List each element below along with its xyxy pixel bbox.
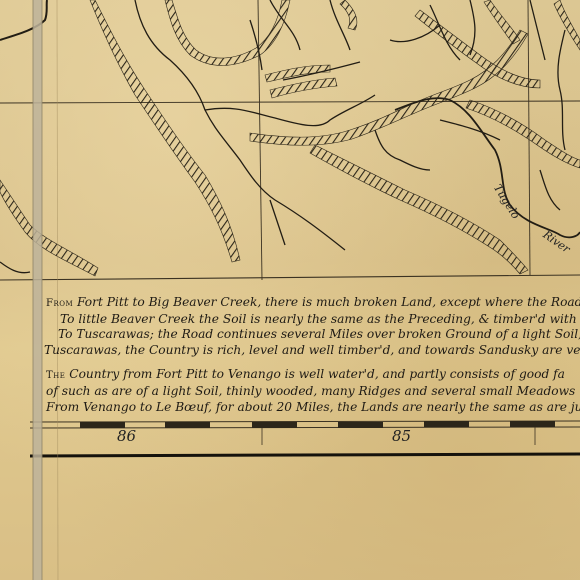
note-line: To little Beaver Creek the Soil is nearl… [46, 312, 580, 328]
note-line: The Country from Fort Pitt to Venango is… [46, 367, 580, 384]
note-paragraph-2: The Country from Fort Pitt to Venango is… [46, 367, 580, 415]
note-line: Tuscarawas, the Country is rich, level a… [44, 343, 580, 359]
note-line: of such as are of a light Soil, thinly w… [46, 384, 580, 400]
note-line: From Fort Pitt to Big Beaver Creek, ther… [46, 295, 580, 312]
longitude-label-86: 86 [117, 427, 136, 445]
historical-map: Tugelo River From Fort Pitt to Big Beave… [0, 0, 580, 580]
mountain-ridges [0, 0, 580, 276]
note-paragraph-1: From Fort Pitt to Big Beaver Creek, ther… [46, 295, 580, 358]
rivers [0, 0, 580, 273]
fold-strip [33, 0, 42, 580]
description-notes: From Fort Pitt to Big Beaver Creek, ther… [46, 295, 580, 415]
note-line: To Tuscarawas; the Road continues severa… [46, 327, 580, 343]
longitude-label-85: 85 [392, 427, 411, 445]
note-line: From Venango to Le Bœuf, for about 20 Mi… [46, 400, 580, 416]
map-artwork [0, 0, 580, 580]
